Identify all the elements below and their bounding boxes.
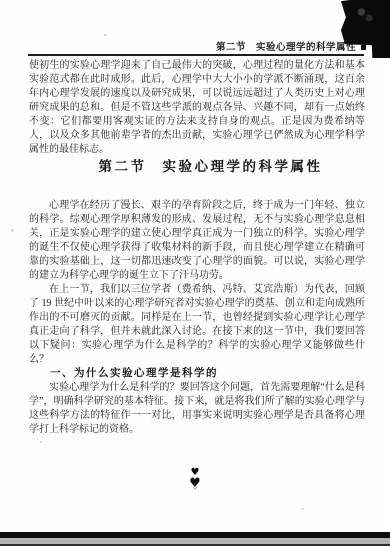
paragraph: 心理学在经历了漫长、艰辛的孕育阶段之后，终于成为一门年轻、独立的科学。综观心理学… — [29, 199, 365, 283]
scan-speck — [104, 34, 107, 36]
header-rule — [28, 54, 364, 56]
running-header-text: 第二节 实验心理学的科学属性 — [216, 39, 356, 53]
chevron-tail-icon: ˇ — [0, 491, 390, 499]
running-header: 第二节 实验心理学的科学属性 — [216, 39, 366, 53]
header-square-marker-icon — [361, 45, 366, 50]
paragraph-continuation: 使初生的实验心理学迎来了自己最伟大的突破，心理过程的量化方法和基本实验范式都在此… — [29, 59, 365, 157]
page-body: 使初生的实验心理学迎来了自己最伟大的突破，心理过程的量化方法和基本实验范式都在此… — [29, 59, 365, 437]
paragraph: 实验心理学为什么是科学的？要回答这个问题，首先需要理解“什么是科学”，明确科学研… — [29, 381, 365, 437]
scan-speck — [301, 508, 304, 510]
heading-spacer — [29, 177, 365, 199]
section-heading: 第二节 实验心理学的科学属性 — [29, 157, 365, 177]
scan-noise — [351, 4, 377, 24]
book-page: 第二节 实验心理学的科学属性 使初生的实验心理学迎来了自己最伟大的突破，心理过程… — [0, 0, 390, 546]
scan-speck — [11, 229, 14, 232]
paragraph: 在上一节，我们以三位学者（费希纳、冯特、艾宾浩斯）为代表，回顾了 19 世纪中叶… — [29, 283, 365, 367]
scan-speck — [40, 441, 42, 443]
subsection-heading: 一、为什么实验心理学是科学的 — [29, 367, 365, 381]
hearts-ornament: ♥ ♥ ˇ — [0, 468, 390, 499]
